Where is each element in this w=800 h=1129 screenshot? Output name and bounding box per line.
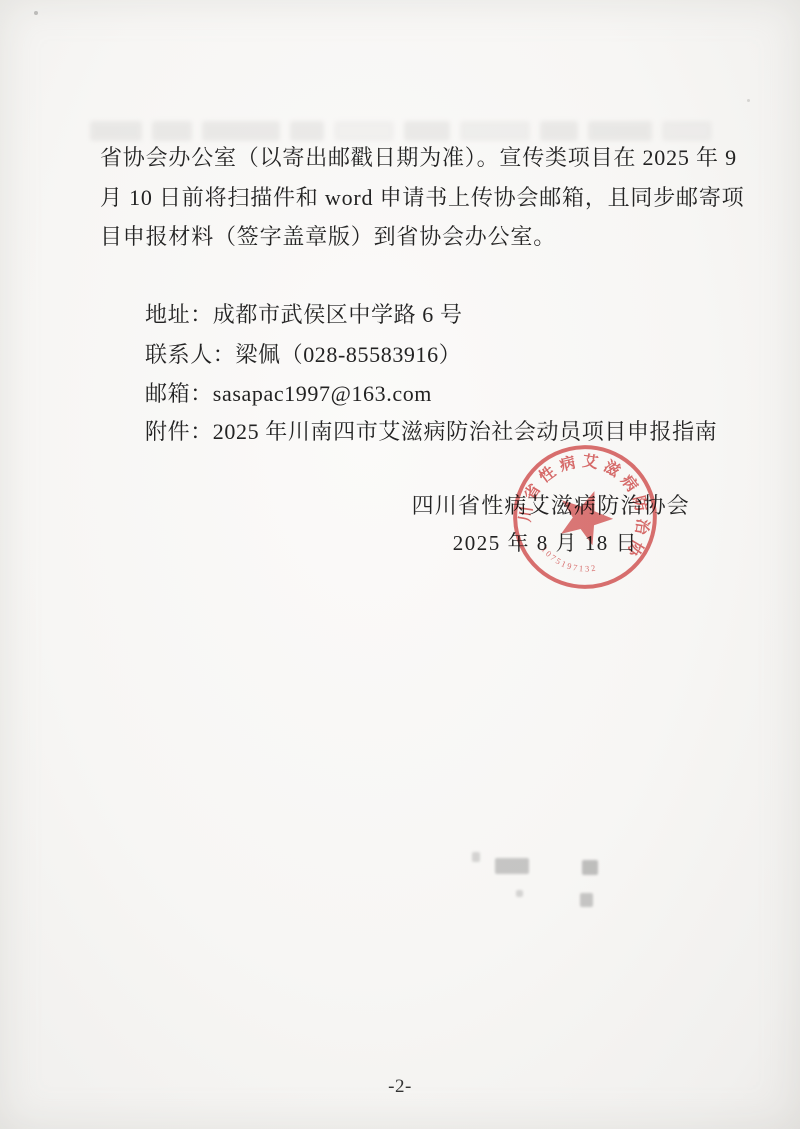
ghost-blob (460, 121, 530, 141)
official-seal: 四川省性病艾滋病防治协会 1075197132 (509, 441, 661, 593)
ink-smudge (580, 893, 593, 907)
ghost-blob (334, 121, 394, 141)
ink-smudge (582, 860, 598, 875)
ink-smudge (495, 858, 529, 874)
ghost-text-band (90, 118, 738, 146)
ghost-blob (152, 121, 192, 141)
star-icon (551, 482, 620, 549)
paragraph-line: 月 10 日前将扫描件和 word 申请书上传协会邮箱，且同步邮寄项 (100, 184, 730, 212)
ghost-blob (588, 121, 652, 141)
ghost-blob (540, 121, 578, 141)
ghost-blob (404, 121, 450, 141)
ghost-blob (662, 121, 712, 141)
ink-smudge (516, 890, 523, 897)
scan-speck (34, 11, 38, 15)
ghost-blob (202, 121, 280, 141)
paragraph-line: 省协会办公室（以寄出邮戳日期为准）。宣传类项目在 2025 年 9 (100, 144, 730, 172)
email-line: 邮箱：sasapac1997@163.com (145, 377, 432, 408)
address-line: 地址：成都市武侯区中学路 6 号 (145, 298, 463, 329)
paragraph-line: 目申报材料（签字盖章版）到省协会办公室。 (100, 223, 730, 251)
contact-person-line: 联系人：梁佩（028-85583916） (145, 338, 461, 369)
ink-smudge (472, 852, 480, 862)
ghost-blob (90, 121, 142, 141)
scanned-document-page: 省协会办公室（以寄出邮戳日期为准）。宣传类项目在 2025 年 9 月 10 日… (0, 0, 800, 1129)
scan-speck (747, 99, 750, 102)
page-number: -2- (0, 1076, 800, 1098)
ghost-blob (290, 121, 324, 141)
